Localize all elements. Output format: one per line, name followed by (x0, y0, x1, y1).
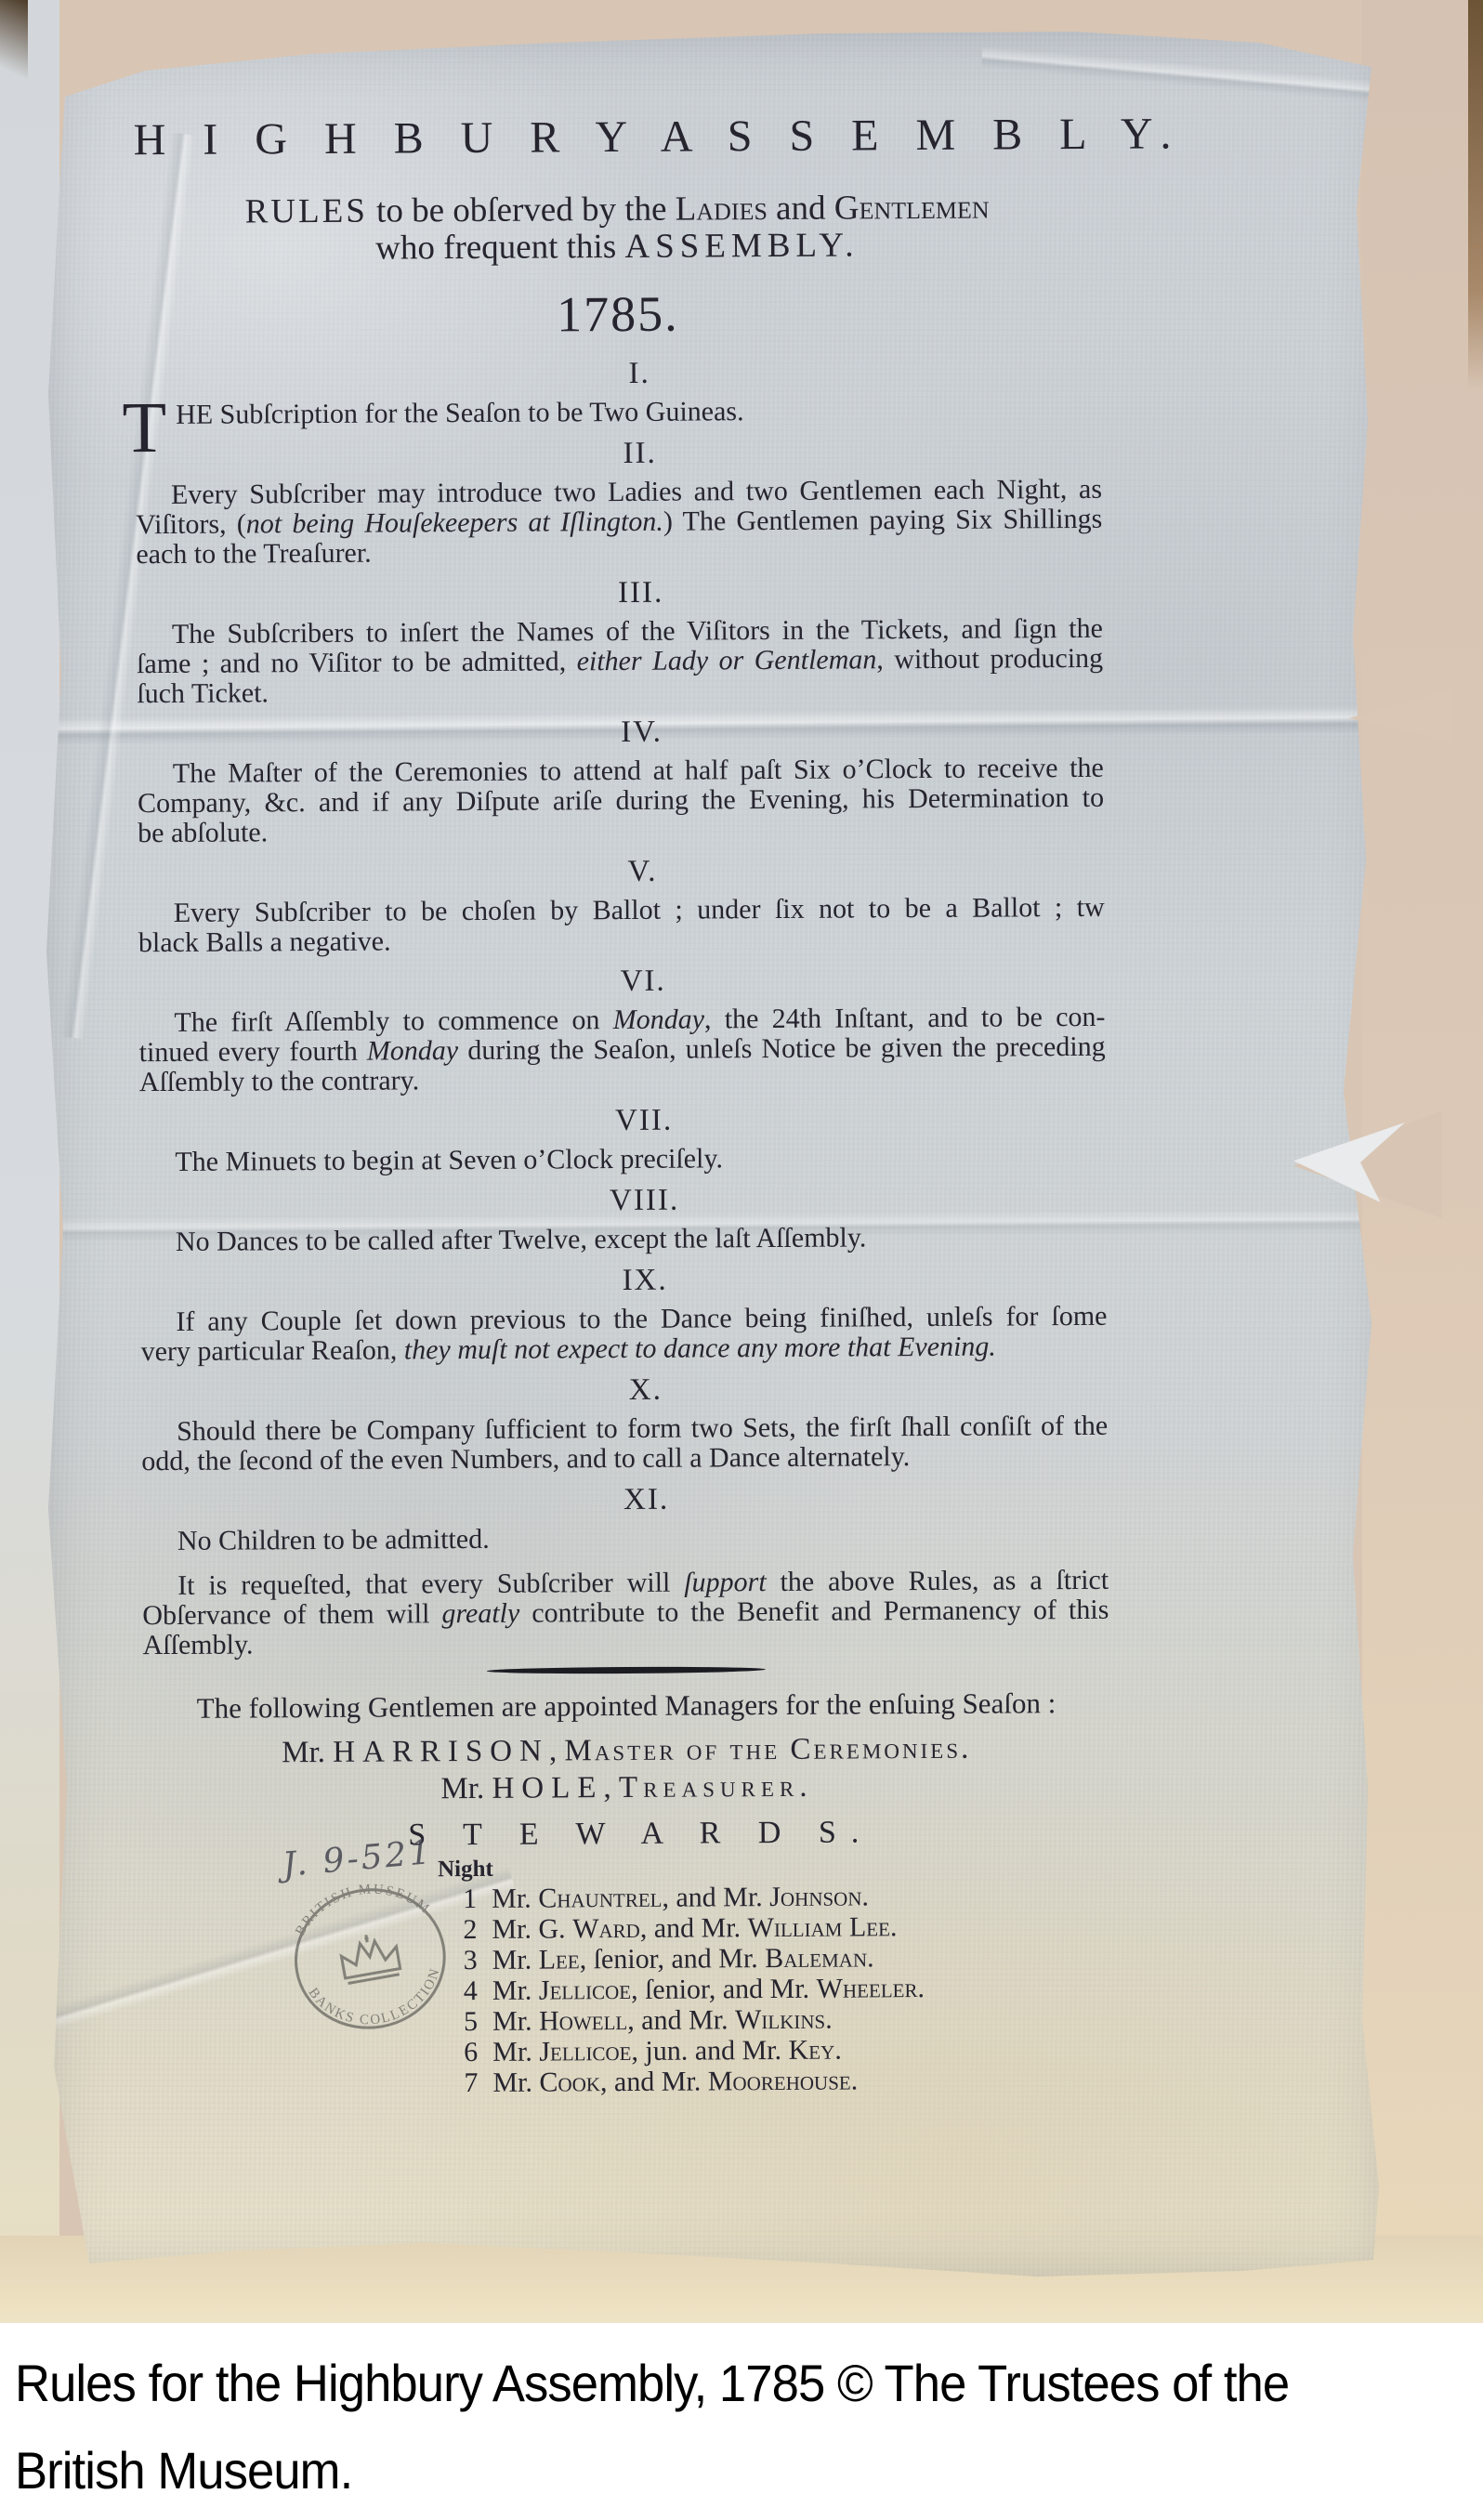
text-segment: HE Subſcription for the Seaſon to be Two… (176, 396, 744, 430)
steward-row: 7Mr. Cook, and Mr. Moorehouse. (452, 2064, 1111, 2098)
rule-numeral-VI: VI. (138, 962, 1105, 1001)
text-segment: be abſolute. (138, 817, 268, 848)
text-segment: Mr. (492, 2006, 539, 2037)
text-segment: Monday (367, 1035, 459, 1067)
text-segment: No Dances to be called after Twelve, exc… (176, 1222, 867, 1257)
text-segment: It is requeſted, that every Subſcriber w… (177, 1568, 684, 1601)
text-line: tinued every fourth Monday during the Se… (139, 1032, 1106, 1068)
text-segment: who frequent this (375, 228, 624, 268)
text-segment: . (834, 2035, 842, 2066)
text-segment: , and Mr. (640, 1912, 748, 1944)
text-segment: , (603, 1771, 619, 1805)
text-segment: Mr. (282, 1736, 333, 1769)
text-segment: Mr. (440, 1772, 492, 1805)
steward-row: 5Mr. Howell, and Mr. Wilkins. (452, 2002, 1111, 2037)
text-segment: The firſt Aſſembly to commence on (174, 1004, 612, 1038)
rule-numeral-XI: XI. (142, 1480, 1109, 1519)
text-segment: . (851, 2065, 859, 2095)
closing-paragraph: It is requeſted, that every Subſcriber w… (142, 1566, 1109, 1660)
text-segment: not being Houſekeepers at Iſlington. (246, 506, 663, 540)
dark-corner-top-left (0, 0, 28, 102)
text-segment: Aſſembly to the contrary. (139, 1065, 420, 1097)
text-line: Every Subſcriber to be choſen by Ballot … (138, 893, 1105, 928)
text-segment: Chauntrel (538, 1883, 662, 1914)
text-segment: Johnson (769, 1881, 861, 1912)
text-segment: . (825, 2004, 833, 2035)
drop-cap: T (122, 387, 166, 467)
text-line: Aſſembly. (142, 1625, 1109, 1660)
text-segment: they muſt not expect to dance any more t… (404, 1332, 996, 1366)
text-segment: Master of the Ceremonies. (564, 1732, 971, 1768)
text-segment: The Minuets to begin at Seven o’Clock pr… (175, 1143, 723, 1177)
text-segment: odd, the ſecond of the even Numbers, and… (141, 1441, 910, 1477)
rule-numeral-X: X. (141, 1371, 1108, 1410)
text-line: ſame ; and no Viſitor to be admitted, ei… (137, 644, 1103, 679)
rule-paragraph: If any Couple ſet down previous to the D… (140, 1302, 1107, 1367)
printed-text-block: H I G H B U R Y A S S E M B L Y. RULES t… (133, 101, 1111, 2100)
underlying-page-edge-left (0, 0, 59, 2323)
rule-paragraph: The Minuets to begin at Seven o’Clock pr… (139, 1142, 1106, 1177)
text-segment: . (867, 1942, 874, 1973)
text-segment: , the 24th Inſtant, and to be con- (704, 1002, 1106, 1035)
rules-list: I.THE Subſcription for the Seaſon to be … (135, 354, 1109, 1556)
subtitle: RULES to be obſerved by the Ladies and G… (134, 189, 1100, 269)
text-segment: No Children to be admitted. (177, 1524, 490, 1556)
text-segment: Wheeler (817, 1973, 918, 2004)
text-segment: RULES (245, 192, 368, 231)
text-line: each to the Treaſurer. (136, 534, 1102, 570)
document-paper: H I G H B U R Y A S S E M B L Y. RULES t… (33, 22, 1401, 2290)
rule-numeral-I: I. (135, 354, 1101, 393)
text-segment: Should there be Company ſufficient to fo… (177, 1411, 1108, 1447)
text-segment: ) The Gentlemen paying Six Shillings (663, 504, 1103, 537)
rule-numeral-IX: IX. (140, 1261, 1107, 1300)
rule-paragraph: The Subſcribers to inſert the Names of t… (137, 614, 1104, 709)
text-segment: ſame ; and no Viſitor to be admitted, (137, 646, 577, 679)
night-number: 6 (452, 2037, 478, 2067)
page-title: H I G H B U R Y A S S E M B L Y. (134, 109, 1100, 166)
text-segment: . (861, 1881, 869, 1911)
text-segment: very particular Reaſon, (141, 1334, 404, 1367)
text-segment: Viſitors, ( (136, 508, 246, 540)
rule-paragraph: No Dances to be called after Twelve, exc… (140, 1222, 1107, 1257)
text-segment: either Lady or Gentleman (577, 644, 877, 676)
text-segment: Mr. G. (492, 1913, 572, 1945)
text-line: Should there be Company ſufficient to fo… (141, 1411, 1108, 1447)
text-segment: each to the Treaſurer. (136, 538, 371, 571)
rule-paragraph: Should there be Company ſufficient to fo… (141, 1411, 1108, 1477)
text-line: Viſitors, (not being Houſekeepers at Iſl… (136, 505, 1102, 540)
text-segment: and (768, 190, 834, 228)
text-segment: Moorehouse (708, 2066, 851, 2097)
british-museum-stamp: BRITISH MUSEUM BANKS COLLECTION (255, 1857, 485, 2056)
text-line: be abſolute. (138, 813, 1104, 848)
text-segment: , ſenior, and Mr. (580, 1943, 766, 1975)
text-segment: , ſenior, and Mr. (631, 1974, 817, 2005)
text-segment: black Balls a negative. (138, 926, 391, 959)
text-segment: ſuch Ticket. (137, 677, 269, 709)
text-line: who frequent this ASSEMBLY. (134, 226, 1100, 269)
text-segment: . (890, 1911, 898, 1942)
text-segment: Lee (539, 1944, 580, 1975)
rule-numeral-IV: IV. (137, 713, 1103, 752)
text-segment: the above Rules, as a ſtrict (767, 1565, 1109, 1597)
text-segment: , jun. and Mr. (631, 2035, 788, 2067)
text-segment: Mr. (492, 2067, 539, 2098)
text-segment: , and Mr. (627, 2004, 735, 2036)
rule-paragraph: No Children to be admitted. (142, 1521, 1109, 1556)
text-line: British Museum. (15, 2427, 1395, 2514)
rule-numeral-VII: VII. (139, 1101, 1106, 1140)
text-segment: tinued every fourth (139, 1036, 367, 1068)
rule-paragraph: THE Subſcription for the Seaſon to be Tw… (135, 395, 1101, 430)
text-line: Company, &c. and if any Diſpute ariſe du… (138, 783, 1104, 819)
night-column-label: Night (438, 1854, 1110, 1882)
manager-lines: Mr. HARRISON, Master of the Ceremonies.M… (143, 1729, 1109, 1809)
paper-crease (981, 46, 1381, 102)
text-segment: . (917, 1973, 925, 2003)
text-segment: greatly (441, 1598, 519, 1630)
text-line: black Balls a negative. (138, 923, 1105, 958)
rule-paragraph: The Maſter of the Ceremonies to attend a… (138, 754, 1105, 848)
manager-line: Mr. HOLE, Treasurer. (143, 1766, 1109, 1809)
text-segment: ASSEMBLY. (624, 226, 859, 266)
steward-row: 4Mr. Jellicoe, ſenior, and Mr. Wheeler. (452, 1972, 1111, 2006)
text-segment: Obſervance of them will (142, 1598, 441, 1631)
text-line: Rules for the Highbury Assembly, 1785 © … (15, 2340, 1395, 2427)
rule-paragraph: The firſt Aſſembly to commence on Monday… (138, 1003, 1106, 1097)
text-segment: Key (788, 2035, 834, 2066)
text-segment: HARRISON (333, 1734, 549, 1768)
rule-numeral-V: V. (138, 852, 1104, 891)
night-number: 7 (452, 2067, 478, 2098)
text-segment: during the Seaſon, unleſs Notice be give… (458, 1031, 1106, 1066)
swelled-rule-divider (487, 1666, 766, 1674)
steward-row: 2Mr. G. Ward, and Mr. William Lee. (451, 1910, 1110, 1945)
image-caption: Rules for the Highbury Assembly, 1785 © … (0, 2323, 1483, 2514)
text-segment: Wilkins (735, 2004, 825, 2036)
dark-edge-top-right (1468, 0, 1483, 390)
rule-numeral-III: III. (137, 573, 1103, 612)
text-segment: Aſſembly. (142, 1629, 253, 1660)
steward-row: 1Mr. Chauntrel, and Mr. Johnson. (451, 1880, 1110, 1914)
managers-intro: The following Gentlemen are appointed Ma… (143, 1687, 1109, 1724)
text-segment: , and Mr. (600, 2066, 708, 2097)
text-line: ſuch Ticket. (137, 674, 1103, 709)
text-segment: , (549, 1734, 565, 1767)
text-segment: Jellicoe (539, 2036, 631, 2067)
text-segment: Ladies (676, 190, 768, 229)
text-segment: Mr. (492, 1975, 539, 2006)
text-segment: to be obſerved by the (368, 190, 676, 230)
text-line: No Dances to be called after Twelve, exc… (140, 1222, 1107, 1257)
text-segment: Howell (539, 2005, 627, 2037)
steward-row: 3Mr. Lee, ſenior, and Mr. Baleman. (452, 1941, 1111, 1975)
text-segment: contribute to the Benefit and Permanency… (519, 1595, 1109, 1629)
text-line: No Children to be admitted. (142, 1521, 1109, 1556)
text-line: Aſſembly to the contrary. (139, 1062, 1106, 1097)
rule-paragraph: Every Subſcriber to be choſen by Ballot … (138, 893, 1105, 958)
rule-paragraph: Every Subſcriber may introduce two Ladie… (136, 475, 1103, 570)
text-segment: Mr. (492, 2037, 539, 2067)
text-segment: British Museum. (15, 2441, 352, 2500)
year: 1785. (135, 285, 1101, 343)
text-segment: Mr. (492, 1945, 539, 1975)
text-segment: Mr. (492, 1883, 538, 1914)
steward-row: 6Mr. Jellicoe, jun. and Mr. Key. (452, 2033, 1111, 2067)
image-caption-band: Rules for the Highbury Assembly, 1785 © … (0, 2323, 1483, 2520)
text-segment: Baleman (765, 1942, 867, 1974)
text-segment: Every Subſcriber to be choſen by Ballot … (174, 892, 1105, 928)
text-line: The Minuets to begin at Seven o’Clock pr… (139, 1142, 1106, 1177)
text-segment: Company, &c. and if any Diſpute ariſe du… (138, 782, 1104, 819)
text-segment: Monday (613, 1004, 705, 1035)
crown-icon (338, 1930, 400, 1984)
rule-numeral-II: II. (136, 434, 1102, 473)
text-segment: William Lee (748, 1911, 890, 1943)
text-segment: HOLE (492, 1771, 603, 1805)
text-line: odd, the ſecond of the even Numbers, and… (141, 1441, 1108, 1477)
rule-numeral-VIII: VIII. (140, 1181, 1107, 1220)
text-segment: , and Mr. (662, 1882, 769, 1913)
text-segment: Ward (572, 1913, 640, 1944)
text-segment: ſupport (684, 1567, 767, 1598)
text-segment: Gentlemen (834, 189, 990, 228)
text-segment: Treasurer. (619, 1770, 813, 1805)
text-segment: Rules for the Highbury Assembly, 1785 © … (15, 2354, 1289, 2412)
photograph-of-document: H I G H B U R Y A S S E M B L Y. RULES t… (0, 0, 1483, 2323)
text-segment: , without producing (876, 643, 1103, 675)
text-line: Obſervance of them will greatly contribu… (142, 1595, 1109, 1631)
text-line: very particular Reaſon, they muſt not ex… (141, 1332, 1108, 1367)
screenshot-root: { "colors":{"ink":"#26242e","paper":"#cc… (0, 0, 1483, 2520)
text-line: THE Subſcription for the Seaſon to be Tw… (135, 395, 1101, 430)
manager-line: Mr. HARRISON, Master of the Ceremonies. (143, 1729, 1109, 1772)
text-segment: Cook (539, 2067, 600, 2097)
text-segment: Jellicoe (539, 1975, 631, 2006)
text-line: RULES to be obſerved by the Ladies and G… (134, 189, 1100, 231)
